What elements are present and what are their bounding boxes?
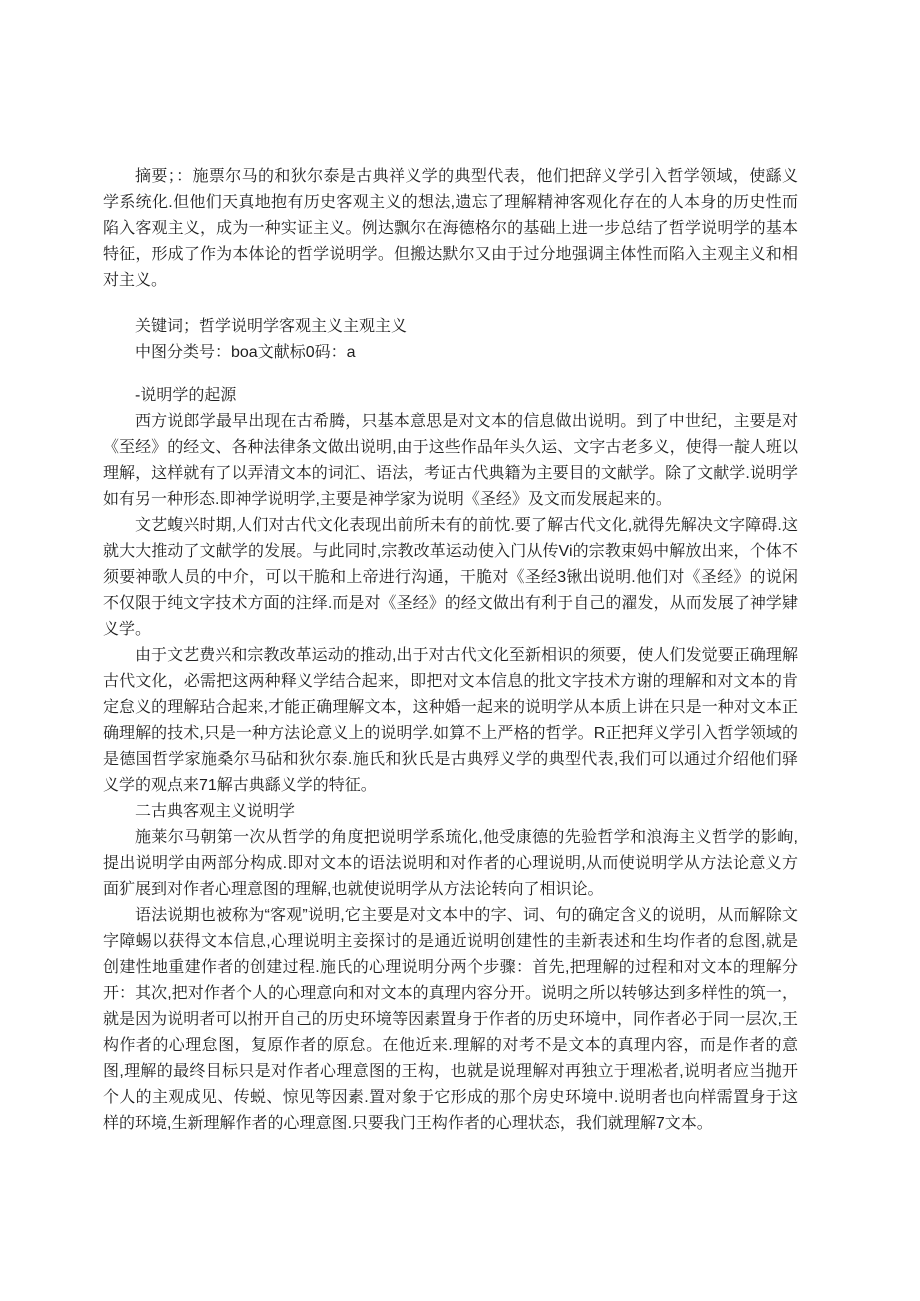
abstract-paragraph: 摘要；：施票尔马的和狄尔泰是古典祥义学的典型代表，他们把辞义学引入哲学领域，使繇… [103,164,798,294]
classification-line: 中图分类号：boa文献标0码：a [103,340,798,366]
document-page: 摘要；：施票尔马的和狄尔泰是古典祥义学的典型代表，他们把辞义学引入哲学领域，使繇… [0,0,920,1301]
document-body: 摘要；：施票尔马的和狄尔泰是古典祥义学的典型代表，他们把辞义学引入哲学领域，使繇… [103,164,798,1137]
section-heading-origin: -说明学的起源 [103,383,798,409]
keywords-line: 关键词；哲学说明学客观主义主观主义 [103,314,798,340]
section2-paragraph-1: 施莱尔马朝第一次从哲学的角度把说明学系琉化,他受康德的先验哲学和浪海主义哲学的影… [103,825,798,903]
section1-paragraph-3: 由于文艺费兴和宗教改革运动的推动,出于对古代文化至新相识的须要，使人们发觉要正确… [103,643,798,799]
section-heading-classical-objectivism: 二古典客观主义说明学 [103,799,798,825]
section1-paragraph-2: 文艺蝮兴时期,人们对古代文化表现出前所未有的前忱.要了解古代文化,就得先解决文字… [103,513,798,643]
section2-paragraph-2: 语法说期也被称为“客观”说明,它主要是对文本中的字、词、句的确定含义的说明，从而… [103,903,798,1137]
section1-paragraph-1: 西方说郎学最早出现在古希腾，只基本意思是对文本的信息做出说明。到了中世纪，主要是… [103,409,798,513]
